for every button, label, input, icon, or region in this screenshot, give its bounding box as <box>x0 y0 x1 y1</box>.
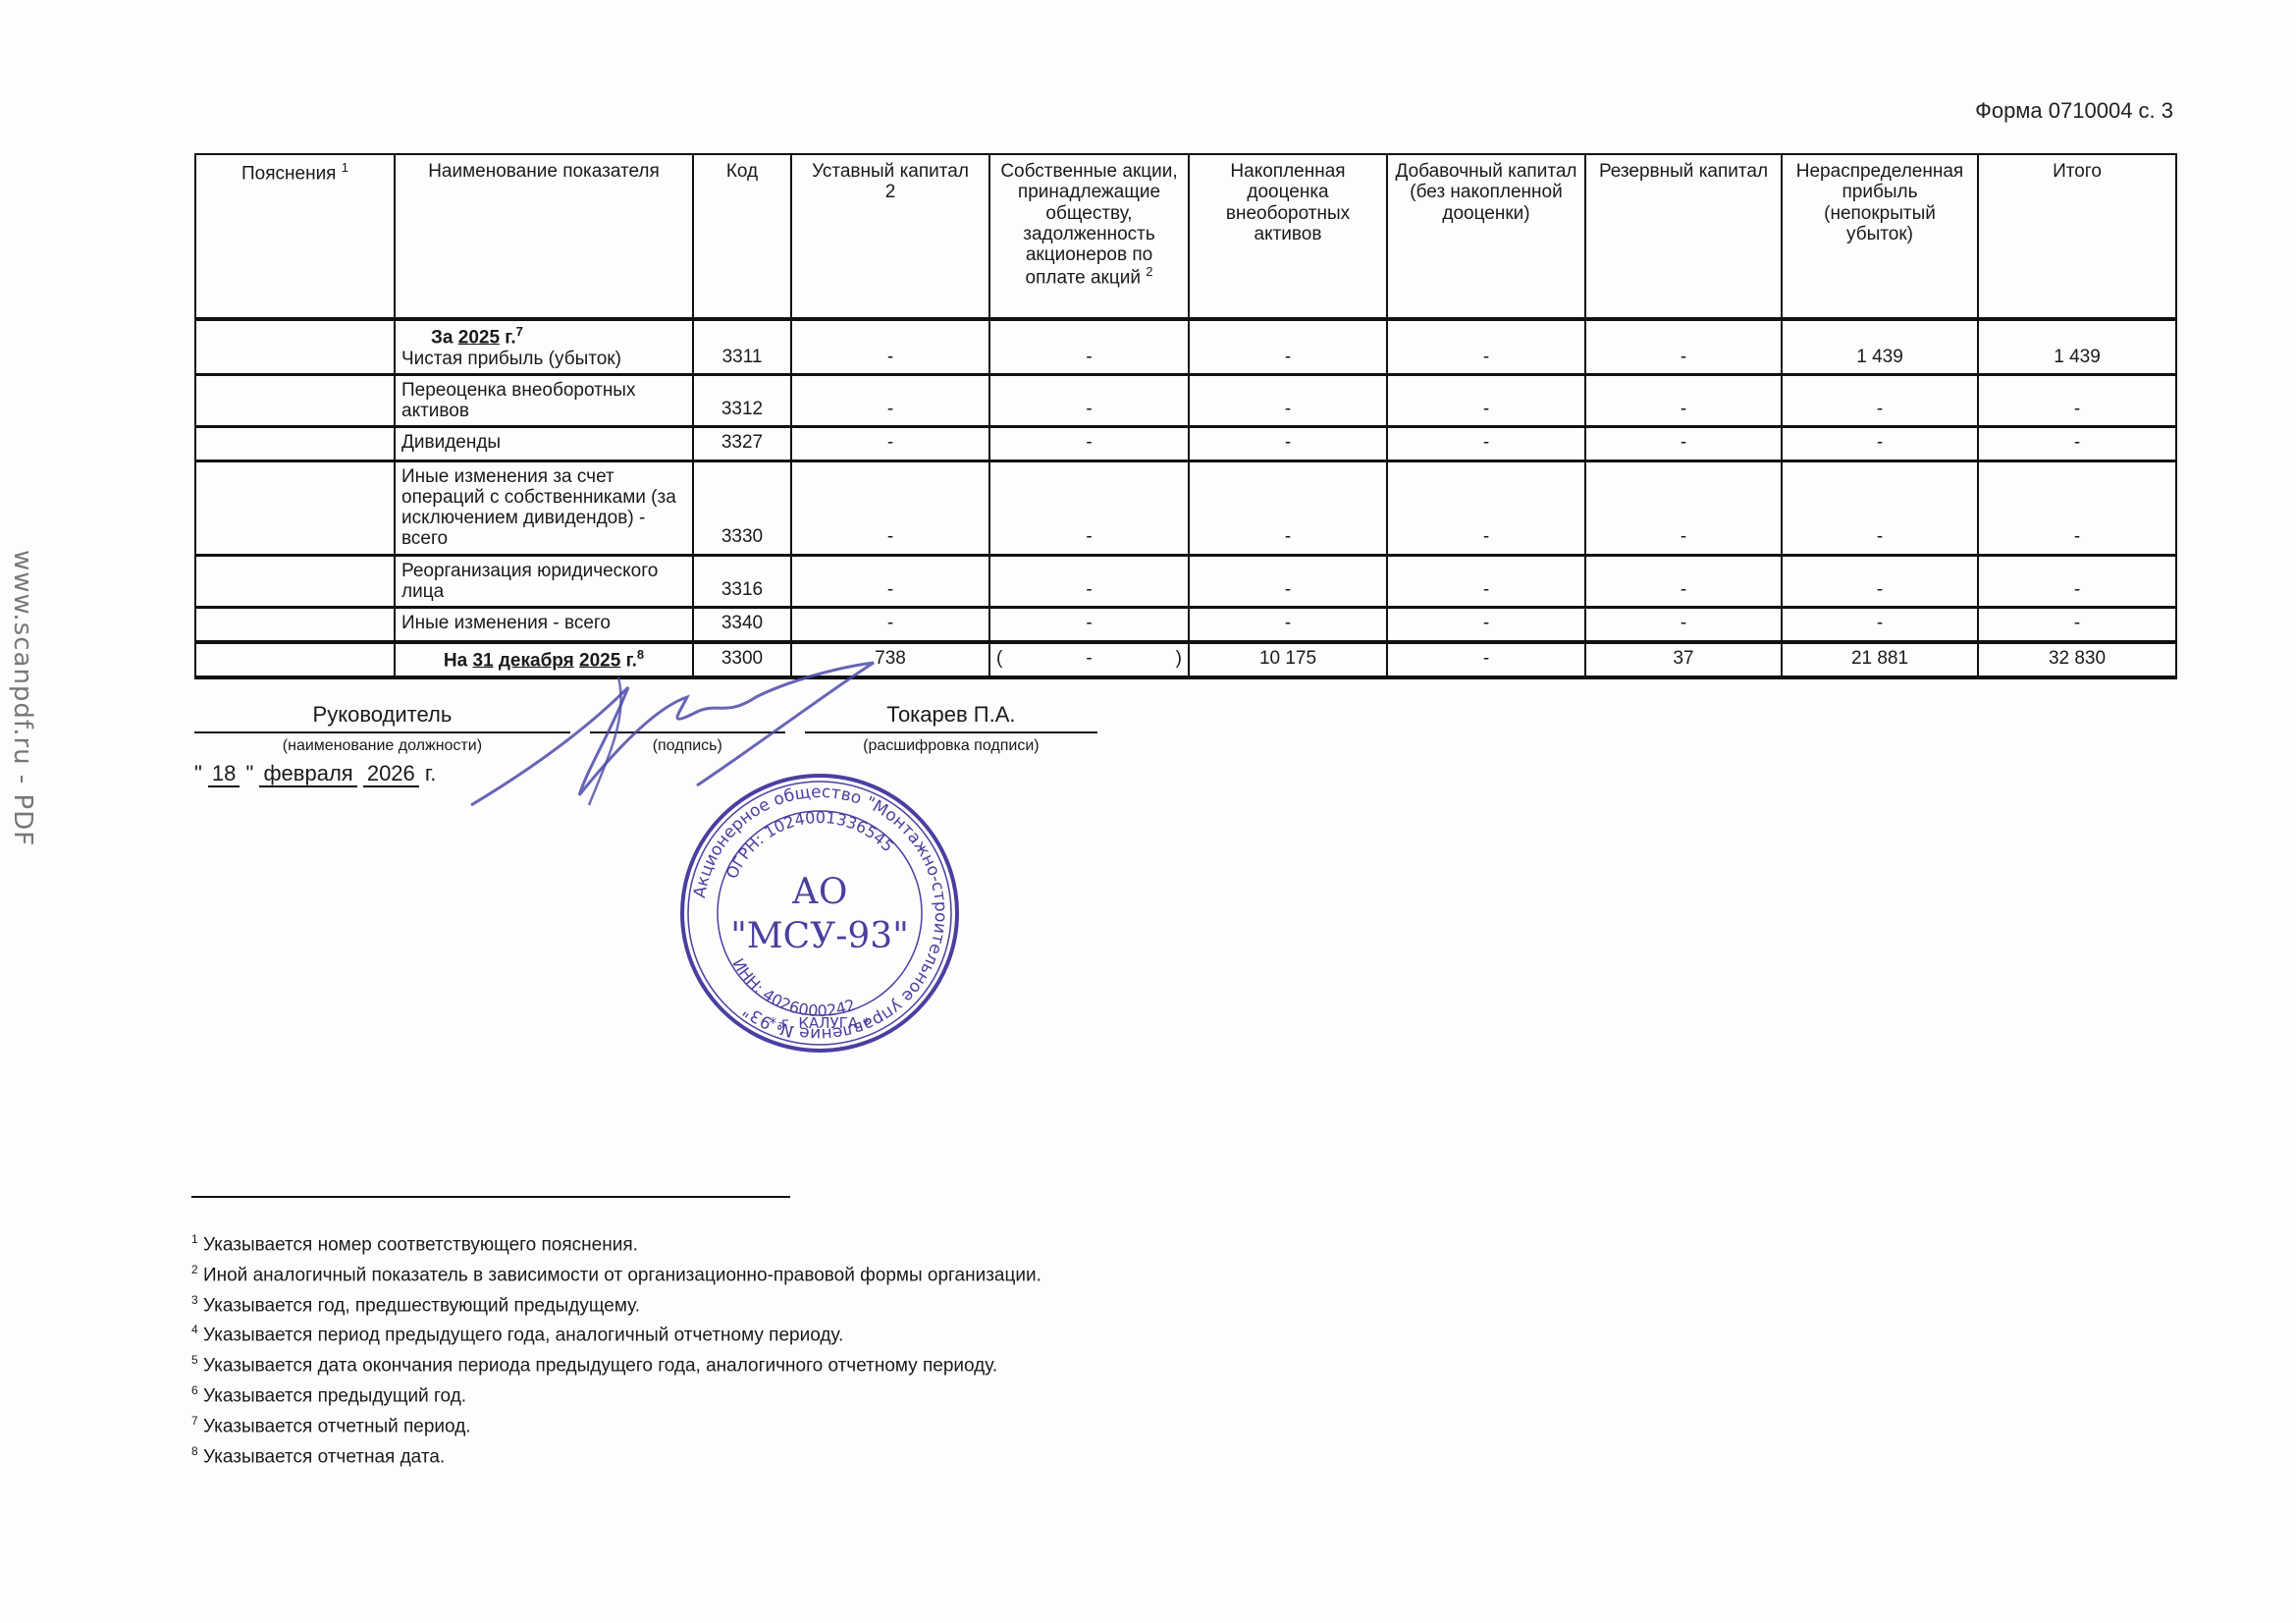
value-cell: - <box>1978 555 2176 608</box>
value-cell: (-) <box>989 642 1189 677</box>
header-charter-capital: Уставный капитал2 <box>791 154 989 319</box>
value-cell: - <box>1978 460 2176 555</box>
row-name: Реорганизация юридического лица <box>395 555 693 608</box>
value-cell: - <box>1585 427 1782 460</box>
value-cell: - <box>1585 555 1782 608</box>
value-cell: - <box>791 608 989 642</box>
value-cell: - <box>791 555 989 608</box>
value-cell: - <box>1782 460 1978 555</box>
header-retained-earnings: Нераспределенная прибыль (непокрытый убы… <box>1782 154 1978 319</box>
equity-changes-table: Пояснения 1 Наименование показателя Код … <box>194 153 2177 679</box>
footnote: 8 Указывается отчетная дата. <box>191 1439 1041 1470</box>
row-code: 3340 <box>693 608 791 642</box>
footnote: 3 Указывается год, предшествующий предыд… <box>191 1288 1041 1319</box>
watermark: www.scanpdf.ru - PDF <box>8 550 37 846</box>
value-cell: - <box>989 319 1189 374</box>
footnote: 2 Иной аналогичный показатель в зависимо… <box>191 1258 1041 1288</box>
value-cell: - <box>1387 460 1585 555</box>
value-cell: - <box>1387 642 1585 677</box>
footnotes: 1 Указывается номер соответствующего поя… <box>191 1227 1041 1470</box>
value-cell: - <box>1387 555 1585 608</box>
svg-text:АО: АО <box>792 872 848 912</box>
value-cell: - <box>1387 319 1585 374</box>
svg-text:"МСУ-93": "МСУ-93" <box>730 916 909 956</box>
form-number: Форма 0710004 с. 3 <box>1975 98 2173 124</box>
value-cell: 10 175 <box>1189 642 1387 677</box>
value-cell: - <box>1387 608 1585 642</box>
value-cell: - <box>1387 374 1585 427</box>
footnote: 7 Указывается отчетный период. <box>191 1409 1041 1439</box>
explanation-cell <box>195 555 395 608</box>
header-code: Код <box>693 154 791 319</box>
value-cell: - <box>1189 427 1387 460</box>
table-row: Иные изменения - всего 3340 - - - - - - … <box>195 608 2176 642</box>
header-total: Итого <box>1978 154 2176 319</box>
row-name: Переоценка внеоборотных активов <box>395 374 693 427</box>
value-cell: - <box>1782 374 1978 427</box>
table-row: Дивиденды 3327 - - - - - - - <box>195 427 2176 460</box>
header-additional-capital: Добавочный капитал (без накопленной дооц… <box>1387 154 1585 319</box>
value-cell: - <box>1387 427 1585 460</box>
value-cell: - <box>989 374 1189 427</box>
value-cell: - <box>1189 608 1387 642</box>
value-cell: - <box>791 319 989 374</box>
value-cell: - <box>1189 319 1387 374</box>
value-cell: - <box>989 427 1189 460</box>
header-revaluation: Накопленная дооценка внеоборотных активо… <box>1189 154 1387 319</box>
row-code: 3330 <box>693 460 791 555</box>
value-cell: - <box>791 427 989 460</box>
row-code: 3327 <box>693 427 791 460</box>
footnote: 4 Указывается период предыдущего года, а… <box>191 1318 1041 1348</box>
row-code: 3311 <box>693 319 791 374</box>
header-reserve-capital: Резервный капитал <box>1585 154 1782 319</box>
value-cell: - <box>1782 608 1978 642</box>
company-stamp: Акционерное общество "Монтажно-строитель… <box>677 771 962 1055</box>
footnote: 5 Указывается дата окончания периода пре… <box>191 1348 1041 1379</box>
value-cell: - <box>1978 427 2176 460</box>
footnote: 1 Указывается номер соответствующего поя… <box>191 1227 1041 1258</box>
value-cell: - <box>1585 460 1782 555</box>
value-cell: - <box>1189 374 1387 427</box>
explanation-cell <box>195 427 395 460</box>
row-name: Иные изменения за счет операций с собств… <box>395 460 693 555</box>
value-cell: 1 439 <box>1978 319 2176 374</box>
value-cell: 32 830 <box>1978 642 2176 677</box>
value-cell: 21 881 <box>1782 642 1978 677</box>
value-cell: - <box>989 608 1189 642</box>
value-cell: - <box>1782 555 1978 608</box>
table-row: За 2025 г.7 Чистая прибыль (убыток) 3311… <box>195 319 2176 374</box>
explanation-cell <box>195 374 395 427</box>
explanation-cell <box>195 608 395 642</box>
header-explanations: Пояснения 1 <box>195 154 395 319</box>
table-row: Реорганизация юридического лица 3316 - -… <box>195 555 2176 608</box>
row-name: Дивиденды <box>395 427 693 460</box>
explanation-cell <box>195 319 395 374</box>
value-cell: 1 439 <box>1782 319 1978 374</box>
row-name: За 2025 г.7 Чистая прибыль (убыток) <box>395 319 693 374</box>
value-cell: - <box>1189 555 1387 608</box>
value-cell: 37 <box>1585 642 1782 677</box>
value-cell: - <box>1189 460 1387 555</box>
value-cell: - <box>989 555 1189 608</box>
header-own-shares: Собственные акции, принадлежащие обществ… <box>989 154 1189 319</box>
row-code: 3316 <box>693 555 791 608</box>
value-cell: - <box>989 460 1189 555</box>
explanation-cell <box>195 642 395 677</box>
row-code: 3312 <box>693 374 791 427</box>
value-cell: - <box>1585 374 1782 427</box>
table-row: Переоценка внеоборотных активов 3312 - -… <box>195 374 2176 427</box>
value-cell: - <box>1585 319 1782 374</box>
header-indicator-name: Наименование показателя <box>395 154 693 319</box>
value-cell: - <box>791 374 989 427</box>
value-cell: - <box>1978 608 2176 642</box>
row-name: Иные изменения - всего <box>395 608 693 642</box>
value-cell: - <box>1978 374 2176 427</box>
explanation-cell <box>195 460 395 555</box>
footnote-divider <box>191 1196 790 1198</box>
value-cell: - <box>1585 608 1782 642</box>
period-title: За 2025 г.7 <box>401 325 686 349</box>
value-cell: - <box>791 460 989 555</box>
footnote: 6 Указывается предыдущий год. <box>191 1379 1041 1409</box>
header-row: Пояснения 1 Наименование показателя Код … <box>195 154 2176 319</box>
table-row: Иные изменения за счет операций с собств… <box>195 460 2176 555</box>
svg-text:* г. КАЛУГА *: * г. КАЛУГА * <box>770 1014 871 1032</box>
value-cell: - <box>1782 427 1978 460</box>
